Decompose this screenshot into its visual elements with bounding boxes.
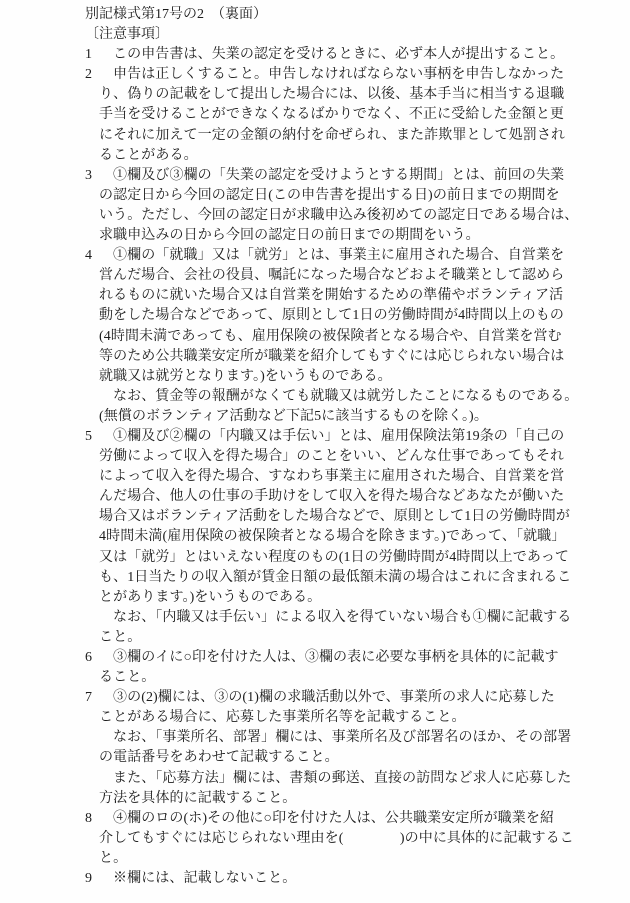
text-line: なお、賃金等の報酬がなくても就職又は就労したことになるものである。 xyxy=(113,387,630,407)
note-item: 1この申告書は、失業の認定を受けるときに、必ず本人が提出すること。 xyxy=(85,45,630,65)
text-line: 就職又は就労となります。)をいうものである。 xyxy=(99,367,630,387)
text-line: り、偽りの記載をして提出した場合には、以後、基本手当に相当する退職 xyxy=(99,85,630,105)
item-number: 8 xyxy=(85,809,92,829)
text-line: なお、「事業所名、部署」欄には、事業所名及び部署名のほか、その部署 xyxy=(113,728,630,748)
form-back-page: 別記様式第17号の2 （裏面） 〔注意事項〕 1この申告書は、失業の認定を受ける… xyxy=(0,0,630,903)
notes-heading: 〔注意事項〕 xyxy=(85,25,630,45)
text-line: 動をした場合などであって、原則として1日の労働時間が4時間以上のもの xyxy=(99,306,630,326)
text-line: も、1日当たりの収入額が賃金日額の最低額未満の場合はこれに含まれるこ xyxy=(99,568,630,588)
text-line: 手当を受けることができなくなるばかりでなく、不正に受給した金額と更 xyxy=(99,105,630,125)
notes-content: 別記様式第17号の2 （裏面） 〔注意事項〕 1この申告書は、失業の認定を受ける… xyxy=(85,5,630,889)
text-line: にそれに加えて一定の金額の納付を命ぜられ、また詐欺罪として処罰され xyxy=(99,126,630,146)
item-number: 1 xyxy=(85,45,92,65)
text-line: 介してもすぐには応じられない理由を( )の中に具体的に記載するこ xyxy=(99,829,630,849)
item-number: 2 xyxy=(85,65,92,85)
text-line: ①欄の「就職」又は「就労」とは、事業主に雇用された場合、自営業を xyxy=(113,246,630,266)
note-item: 4①欄の「就職」又は「就労」とは、事業主に雇用された場合、自営業を営んだ場合、会… xyxy=(85,246,630,427)
note-item: 2申告は正しくすること。申告しなければならない事柄を申告しなかったり、偽りの記載… xyxy=(85,65,630,165)
note-item: 9※欄には、記載しないこと。 xyxy=(85,869,630,889)
text-line: ことがある場合に、応募した事業所名等を記載すること。 xyxy=(99,708,630,728)
text-line: れるものに就いた場合又は自営業を開始するための準備やボランティア活 xyxy=(99,286,630,306)
text-line: ①欄及び②欄の「内職又は手伝い」とは、雇用保険法第19条の「自己の xyxy=(113,427,630,447)
text-line: ④欄のロの(ホ)その他に○印を付けた人は、公共職業安定所が職業を紹 xyxy=(113,809,630,829)
text-line: (無償のボランティア活動など下記5に該当するものを除く。)。 xyxy=(99,407,630,427)
text-line: 等のため公共職業安定所が職業を紹介してもすぐには応じられない場合は xyxy=(99,347,630,367)
text-line: いう。ただし、今回の認定日が求職申込み後初めての認定日である場合は、 xyxy=(99,206,630,226)
text-line: 求職申込みの日から今回の認定日の前日までの期間をいう。 xyxy=(99,226,630,246)
text-line: 4時間未満(雇用保険の被保険者となる場合を除きます。)であって、「就職」 xyxy=(99,527,630,547)
text-line: なお、「内職又は手伝い」による収入を得ていない場合も①欄に記載する xyxy=(113,608,630,628)
document-title: 別記様式第17号の2 （裏面） xyxy=(85,5,630,25)
note-item: 8④欄のロの(ホ)その他に○印を付けた人は、公共職業安定所が職業を紹介してもすぐ… xyxy=(85,809,630,869)
text-line: (4時間未満であっても、雇用保険の被保険者となる場合や、自営業を営む xyxy=(99,327,630,347)
text-line: ①欄及び③欄の「失業の認定を受けようとする期間」とは、前回の失業 xyxy=(113,166,630,186)
text-line: この申告書は、失業の認定を受けるときに、必ず本人が提出すること。 xyxy=(113,45,630,65)
text-line: 労働によって収入を得た場合」のことをいい、どんな仕事であってもそれ xyxy=(99,447,630,467)
note-item: 5①欄及び②欄の「内職又は手伝い」とは、雇用保険法第19条の「自己の労働によって… xyxy=(85,427,630,648)
item-number: 5 xyxy=(85,427,92,447)
text-line: の電話番号をあわせて記載すること。 xyxy=(99,748,630,768)
text-line: んだ場合、他人の仕事の手助けをして収入を得た場合などあなたが働いた xyxy=(99,487,630,507)
text-line: ③欄のイに○印を付けた人は、③欄の表に必要な事柄を具体的に記載す xyxy=(113,648,630,668)
text-line: の認定日から今回の認定日(この申告書を提出する日)の前日までの期間を xyxy=(99,186,630,206)
text-line: ること。 xyxy=(99,668,630,688)
note-item: 7③の(2)欄には、③の(1)欄の求職活動以外で、事業所の求人に応募したことがあ… xyxy=(85,688,630,809)
note-item: 6③欄のイに○印を付けた人は、③欄の表に必要な事柄を具体的に記載すること。 xyxy=(85,648,630,688)
item-number: 4 xyxy=(85,246,92,266)
note-item: 3①欄及び③欄の「失業の認定を受けようとする期間」とは、前回の失業の認定日から今… xyxy=(85,166,630,246)
item-number: 6 xyxy=(85,648,92,668)
text-line: また、「応募方法」欄には、書類の郵送、直接の訪問など求人に応募した xyxy=(113,769,630,789)
text-line: 営んだ場合、会社の役員、嘱託になった場合などおよそ職業として認めら xyxy=(99,266,630,286)
text-line: とがあります。)をいうものである。 xyxy=(99,588,630,608)
text-line: 場合又はボランティア活動をした場合などで、原則として1日の労働時間が xyxy=(99,507,630,527)
text-line: ※欄には、記載しないこと。 xyxy=(113,869,630,889)
text-line: 申告は正しくすること。申告しなければならない事柄を申告しなかった xyxy=(113,65,630,85)
notes-list: 1この申告書は、失業の認定を受けるときに、必ず本人が提出すること。2申告は正しく… xyxy=(85,45,630,889)
item-number: 3 xyxy=(85,166,92,186)
text-line: によって収入を得た場合、すなわち事業主に雇用された場合、自営業を営 xyxy=(99,467,630,487)
text-line: こと。 xyxy=(99,628,630,648)
text-line: 又は「就労」とはいえない程度のもの(1日の労働時間が4時間以上であって xyxy=(99,548,630,568)
text-line: 方法を具体的に記載すること。 xyxy=(99,789,630,809)
text-line: ることがある。 xyxy=(99,146,630,166)
item-number: 7 xyxy=(85,688,92,708)
text-line: と。 xyxy=(99,849,630,869)
item-number: 9 xyxy=(85,869,92,889)
text-line: ③の(2)欄には、③の(1)欄の求職活動以外で、事業所の求人に応募した xyxy=(113,688,630,708)
